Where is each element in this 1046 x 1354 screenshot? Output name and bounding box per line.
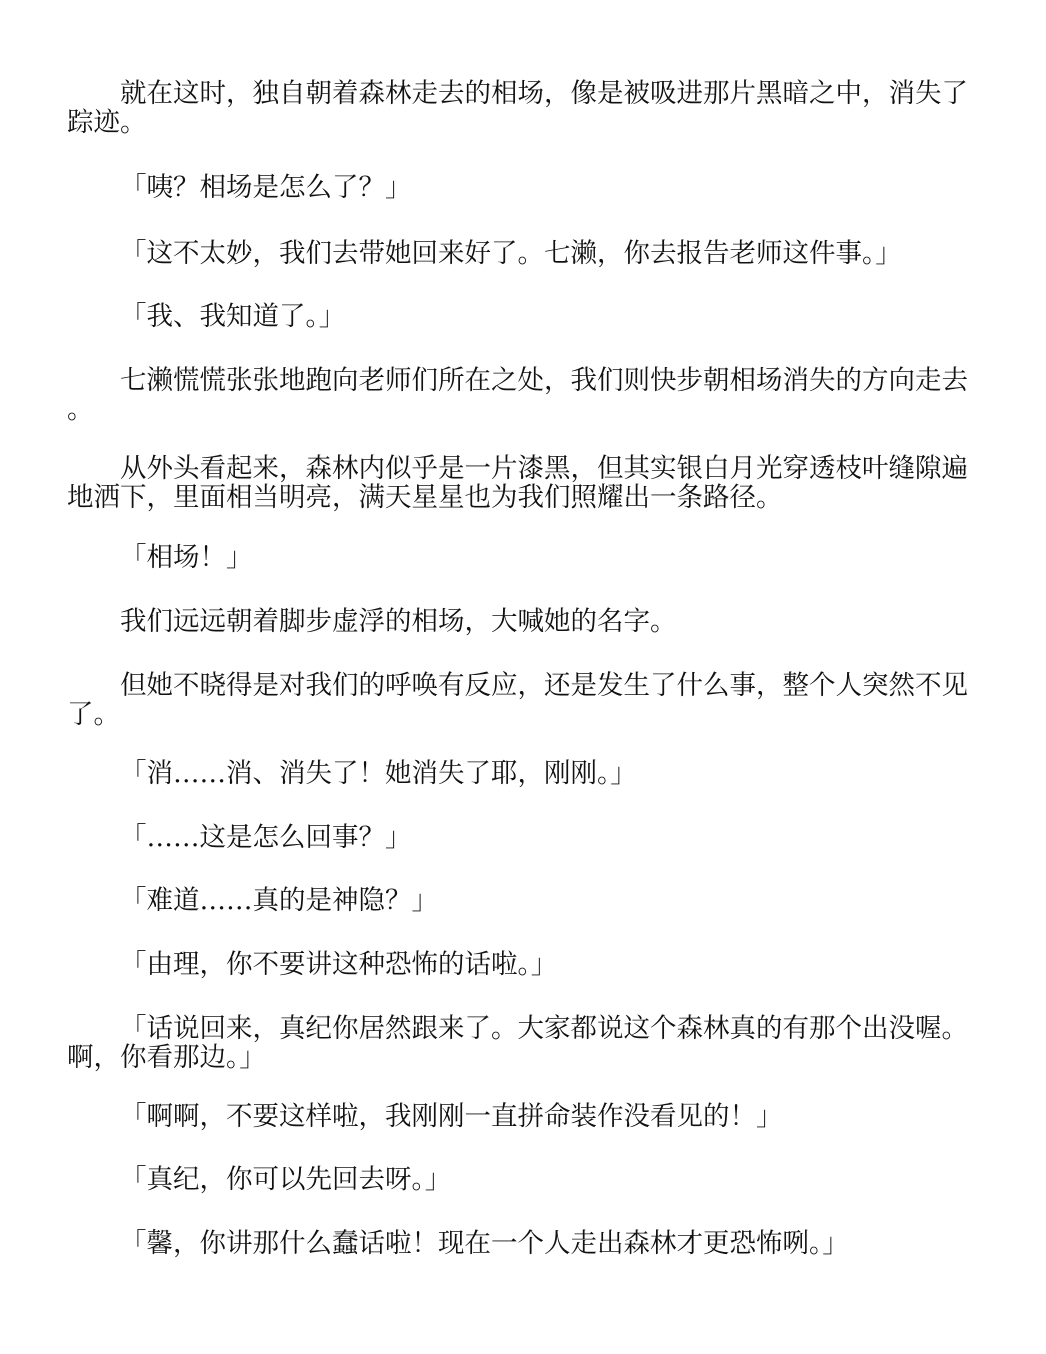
paragraph: 就在这时，独自朝着森林走去的相场，像是被吸进那片黑暗之中，消失了踪迹。 — [67, 79, 979, 137]
dialogue-line: 「我、我知道了。」 — [67, 302, 345, 331]
paragraph: 从外头看起来，森林内似乎是一片漆黑，但其实银白月光穿透枝叶缝隙遍地洒下，里面相当… — [67, 454, 979, 512]
paragraph: 我们远远朝着脚步虚浮的相场，大喊她的名字。 — [67, 607, 677, 636]
dialogue-line: 「难道……真的是神隐？」 — [67, 886, 438, 915]
paragraph: 但她不晓得是对我们的呼唤有反应，还是发生了什么事，整个人突然不见了。 — [67, 671, 979, 729]
dialogue-line: 「咦？相场是怎么了？」 — [67, 173, 412, 202]
dialogue-line: 「消……消、消失了！她消失了耶，刚刚。」 — [67, 759, 637, 788]
dialogue-line: 「馨，你讲那什么蠢话啦！现在一个人走出森林才更恐怖咧。」 — [67, 1229, 849, 1258]
dialogue-line: 「相场！」 — [67, 543, 253, 572]
dialogue-line: 「话说回来，真纪你居然跟来了。大家都说这个森林真的有那个出没喔。啊，你看那边。」 — [67, 1014, 979, 1072]
dialogue-line: 「由理，你不要讲这种恐怖的话啦。」 — [67, 950, 557, 979]
dialogue-line: 「真纪，你可以先回去呀。」 — [67, 1165, 451, 1194]
paragraph: 七濑慌慌张张地跑向老师们所在之处，我们则快步朝相场消失的方向走去。 — [67, 366, 979, 424]
dialogue-line: 「……这是怎么回事？」 — [67, 823, 412, 852]
dialogue-line: 「啊啊，不要这样啦，我刚刚一直拼命装作没看见的！」 — [67, 1102, 783, 1131]
dialogue-line: 「这不太妙，我们去带她回来好了。七濑，你去报告老师这件事。」 — [67, 239, 902, 268]
